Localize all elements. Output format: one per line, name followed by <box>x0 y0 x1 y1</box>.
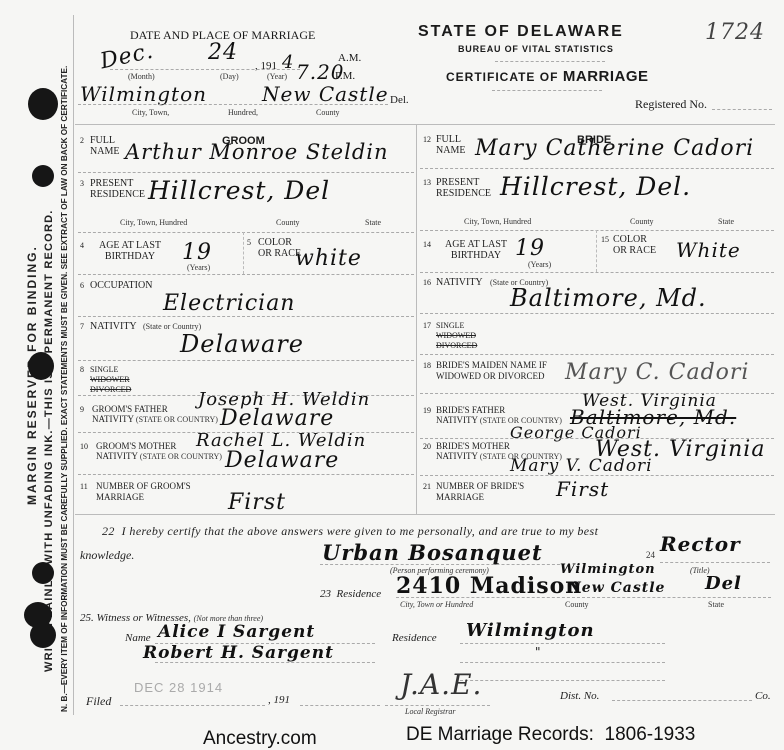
state-title: STATE OF DELAWARE <box>418 23 624 41</box>
margin-rule <box>73 15 74 715</box>
bride-mother-num: 20 <box>423 441 431 452</box>
co-label: Co. <box>755 690 771 702</box>
groom-age-label: AGE AT LAST BIRTHDAY <box>90 240 170 262</box>
witness-residence-1[interactable]: Wilmington <box>466 620 595 641</box>
groom-father-num: 9 <box>80 404 84 415</box>
hundred-label: Hundred, <box>228 108 258 117</box>
filed-stamp: DEC 28 1914 <box>134 680 223 695</box>
margin-line-3: N. B.—EVERY ITEM OF INFORMATION MUST BE … <box>60 66 69 712</box>
bride-maiden-name[interactable]: Mary C. Cadori <box>565 360 749 385</box>
groom-color[interactable]: white <box>295 246 362 271</box>
groom-occupation[interactable]: Electrician <box>163 291 295 316</box>
officiant-signature[interactable]: Urban Bosanquet <box>322 540 543 565</box>
bride-age-label: AGE AT LAST BIRTHDAY <box>436 239 516 261</box>
bride-age-num: 14 <box>423 239 431 250</box>
registrar-signature[interactable]: J.A.E. <box>400 668 482 701</box>
ink-blot <box>32 562 54 584</box>
groom-name-label: FULL NAME <box>90 135 126 157</box>
groom-res-label: PRESENT RESIDENCE <box>90 178 150 200</box>
groom-mother-nativity[interactable]: Delaware <box>225 448 339 473</box>
cert-prefix: CERTIFICATE OF <box>446 70 558 84</box>
groom-years-label: (Years) <box>187 263 210 272</box>
certification-text: 22 I hereby certify that the above answe… <box>102 524 598 539</box>
bride-maiden-num: 18 <box>423 360 431 371</box>
groom-res-num: 3 <box>80 178 84 189</box>
registrar-label: Local Registrar <box>405 707 455 716</box>
bride-res-num: 13 <box>423 177 431 188</box>
bride-father-num: 19 <box>423 405 431 416</box>
record-number: 1724 <box>705 20 765 45</box>
witness-residence-label: Residence <box>392 632 437 644</box>
groom-status-divorced[interactable]: DIVORCED <box>90 384 131 395</box>
groom-father-nativity[interactable]: Delaware <box>220 406 334 431</box>
county-label: County <box>316 108 340 117</box>
ink-blot <box>28 352 54 380</box>
groom-res-sub-county: County <box>276 218 300 227</box>
residence-sub-city: City, Town or Hundred <box>400 600 473 609</box>
bride-full-name[interactable]: Mary Catherine Cadori <box>475 136 754 161</box>
witness-name-2[interactable]: Robert H. Sargent <box>143 643 334 663</box>
groom-age-num: 4 <box>80 240 84 251</box>
filed-year-prefix: , 191 <box>268 694 290 706</box>
filed-label: Filed <box>86 694 111 709</box>
groom-father-nat-label: NATIVITY (State or Country) <box>92 414 218 425</box>
cert-word: MARRIAGE <box>563 68 649 85</box>
county-value: New Castle <box>262 82 389 106</box>
bride-name-num: 12 <box>423 134 431 145</box>
bride-res-sub-city: City, Town, Hundred <box>464 217 531 226</box>
year-label: (Year) <box>267 72 287 81</box>
groom-occupation-num: 6 <box>80 280 84 291</box>
bride-res-label: PRESENT RESIDENCE <box>436 177 496 199</box>
groom-age[interactable]: 19 <box>182 240 212 265</box>
ink-blot <box>30 622 56 648</box>
bride-name-label: FULL NAME <box>436 134 472 156</box>
groom-mother-num: 10 <box>80 441 88 452</box>
bride-nativity-num: 16 <box>423 277 431 288</box>
groom-nativity-num: 7 <box>80 321 84 332</box>
bride-color-label: COLOR OR RACE <box>613 234 663 256</box>
bride-maiden-label: BRIDE'S MAIDEN NAME IF WIDOWED OR DIVORC… <box>436 360 564 382</box>
groom-color-num: 5 <box>247 237 251 248</box>
collection-label: DE Marriage Records: 1806-1933 <box>406 724 695 746</box>
bride-years-label: (Years) <box>528 260 551 269</box>
groom-nativity-label: NATIVITY <box>90 321 137 332</box>
bride-nativity-label: NATIVITY <box>436 277 483 288</box>
groom-marriage-num: 11 <box>80 481 88 492</box>
dist-label: Dist. No. <box>560 690 599 702</box>
bride-marriage-label: NUMBER OF BRIDE'S MARRIAGE <box>436 481 536 503</box>
certificate-title: CERTIFICATE OF MARRIAGE <box>446 68 649 86</box>
margin-line-2: WRITE PLAINLY, WITH UNFADING INK.—THIS I… <box>43 210 55 673</box>
bride-residence[interactable]: Hillcrest, Del. <box>500 172 691 201</box>
officiant-residence-street[interactable]: 2410 Madison <box>396 573 582 599</box>
day-label: (Day) <box>220 72 239 81</box>
bride-age[interactable]: 19 <box>515 236 545 261</box>
officiant-title[interactable]: Rector <box>660 532 741 556</box>
month-label: (Month) <box>128 72 155 81</box>
bride-res-sub-state: State <box>718 217 734 226</box>
pm-label: P.M. <box>335 70 355 82</box>
bureau-label: BUREAU OF VITAL STATISTICS <box>458 44 614 54</box>
ink-blot <box>28 88 58 120</box>
year-prefix: , 191 <box>255 60 277 72</box>
day-value: 24 <box>208 40 238 65</box>
groom-full-name[interactable]: Arthur Monroe Steldin <box>125 140 389 164</box>
bride-color-num: 15 <box>601 234 609 245</box>
bride-res-sub-county: County <box>630 217 654 226</box>
groom-name-num: 2 <box>80 135 84 146</box>
state-suffix: Del. <box>390 94 409 106</box>
source-label: Ancestry.com <box>203 728 317 750</box>
groom-marriage-label: NUMBER OF GROOM'S MARRIAGE <box>96 481 196 503</box>
bride-marriage-count[interactable]: First <box>556 477 609 501</box>
city-label: City, Town, <box>132 108 169 117</box>
title-num: 24 <box>646 550 655 560</box>
groom-residence[interactable]: Hillcrest, Del <box>148 176 330 205</box>
officiant-residence-state[interactable]: Del <box>705 573 742 594</box>
groom-marriage-count[interactable]: First <box>228 490 286 515</box>
groom-res-sub-city: City, Town, Hundred <box>120 218 187 227</box>
bride-color[interactable]: White <box>676 238 741 262</box>
witness-name-1[interactable]: Alice I Sargent <box>158 622 315 642</box>
witness-residence-2[interactable]: " <box>535 645 542 659</box>
groom-nativity[interactable]: Delaware <box>180 330 304 358</box>
bride-nativity[interactable]: Baltimore, Md. <box>510 284 707 312</box>
ink-blot <box>32 165 54 187</box>
city-value: Wilmington <box>80 82 207 106</box>
certification-text-2: knowledge. <box>80 548 134 563</box>
residence-sub-county: County <box>565 600 589 609</box>
groom-status-num: 8 <box>80 364 84 375</box>
residence-sub-state: State <box>708 600 724 609</box>
bride-mother-name[interactable]: Mary V. Cadori <box>510 456 653 476</box>
officiant-residence-county[interactable]: New Castle <box>568 580 665 596</box>
registered-label: Registered No. <box>635 97 707 112</box>
bride-marriage-num: 21 <box>423 481 431 492</box>
am-label: A.M. <box>338 52 361 64</box>
residence-label: 23 Residence <box>320 588 381 600</box>
bride-status-divorced[interactable]: DIVORCED <box>436 340 477 351</box>
officiant-residence-city[interactable]: Wilmington <box>560 562 656 577</box>
groom-mother-nat-label: NATIVITY (State or Country) <box>96 451 222 462</box>
groom-occupation-label: OCCUPATION <box>90 280 152 291</box>
bride-status-num: 17 <box>423 320 431 331</box>
groom-res-sub-state: State <box>365 218 381 227</box>
